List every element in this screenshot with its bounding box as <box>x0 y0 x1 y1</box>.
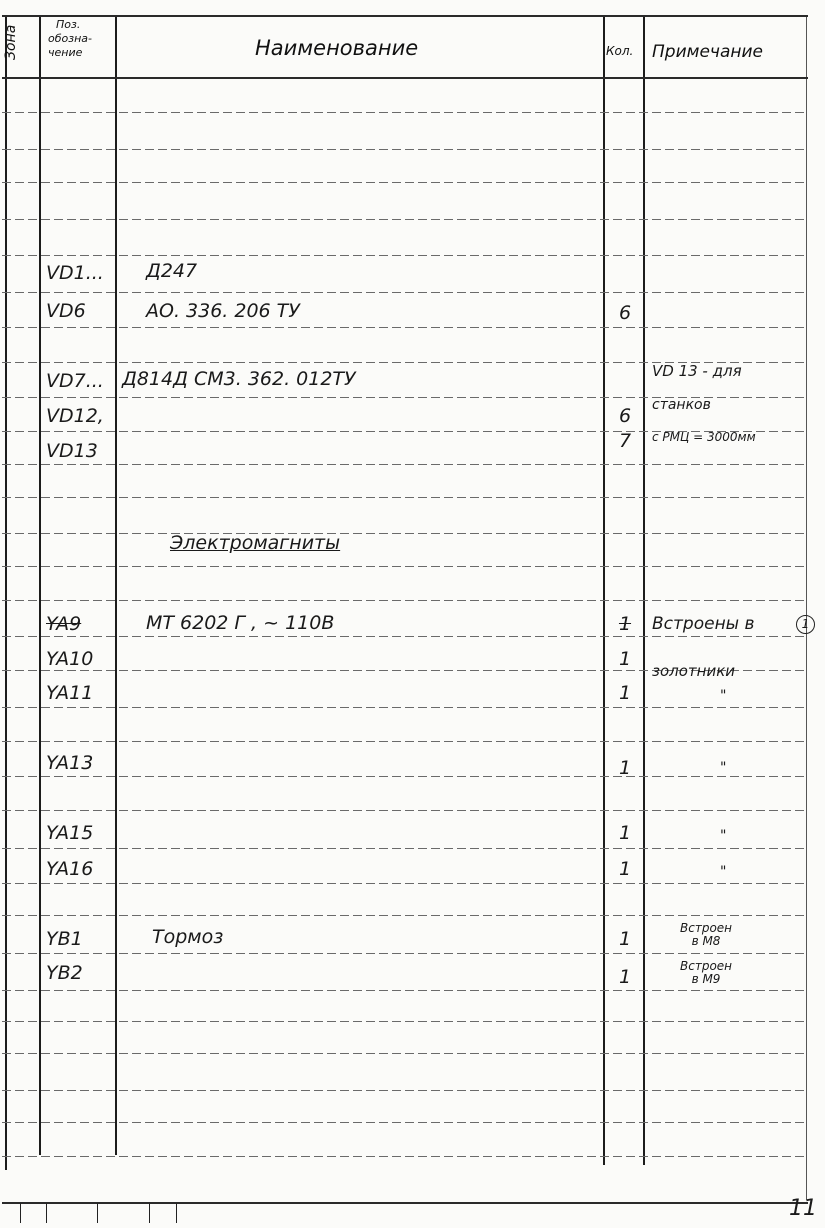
row-rule <box>2 1053 808 1054</box>
row-rule <box>2 566 808 567</box>
row-pos: YA11 <box>46 682 93 704</box>
row-pos: YA13 <box>46 752 93 774</box>
row-pos: VD12, <box>46 405 104 427</box>
row-rule <box>2 1122 808 1123</box>
row-qty: 7 <box>610 430 640 452</box>
frame-tick <box>20 1203 21 1223</box>
header-position-line-1: Поз. <box>56 18 92 32</box>
header-position-line-2: обозна- <box>48 32 92 46</box>
border-left <box>5 15 7 1170</box>
row-rule <box>2 112 808 113</box>
row-pos: VD7... <box>46 370 104 392</box>
header-position-line-3: чение <box>48 46 92 60</box>
row-note: " <box>720 688 726 704</box>
row-rule <box>2 915 808 916</box>
row-rule <box>2 810 808 811</box>
row-rule <box>2 1156 808 1157</box>
row-rule <box>2 327 808 328</box>
header-note: Примечание <box>652 42 763 62</box>
divider-pos-name <box>115 15 117 1155</box>
row-note-line-2: в М8 <box>680 935 732 948</box>
frame-tick <box>97 1203 98 1223</box>
header-bottom-line <box>2 77 808 79</box>
row-note: " <box>720 760 726 776</box>
row-rule <box>2 776 808 777</box>
row-name: АО. 336. 206 ТУ <box>146 300 300 322</box>
row-rule <box>2 600 808 601</box>
row-qty: 1 <box>610 648 640 670</box>
header-zone: Зона <box>3 0 19 60</box>
row-name: Д247 <box>146 260 197 282</box>
row-rule <box>2 1021 808 1022</box>
specification-sheet: Зона Поз. обозна- чение Наименование Кол… <box>0 0 825 1228</box>
row-name: Д814Д СМ3. 362. 012ТУ <box>122 368 356 390</box>
row-qty-struck: 1 <box>610 613 640 635</box>
row-note: Встроен в М8 <box>680 922 732 948</box>
row-qty: 1 <box>610 822 640 844</box>
section-heading: Электромагниты <box>170 532 340 554</box>
row-qty: 1 <box>610 928 640 950</box>
row-qty: 1 <box>610 682 640 704</box>
row-rule <box>2 182 808 183</box>
row-pos: YA15 <box>46 822 93 844</box>
row-note: с РМЦ = 3000мм <box>652 430 756 444</box>
row-rule <box>2 464 808 465</box>
row-note: " <box>720 828 726 844</box>
row-rule <box>2 219 808 220</box>
row-note: золотники <box>652 662 735 680</box>
row-rule <box>2 149 808 150</box>
divider-name-qty <box>603 15 605 1165</box>
row-qty: 1 <box>610 858 640 880</box>
row-pos: YA10 <box>46 648 93 670</box>
header-qty: Кол. <box>606 44 633 58</box>
row-rule <box>2 707 808 708</box>
header-name: Наименование <box>255 36 418 60</box>
row-pos-struck: YA9 <box>46 613 81 635</box>
frame-tick <box>46 1203 47 1223</box>
row-rule <box>2 1090 808 1091</box>
revision-mark: 1 <box>796 615 815 634</box>
row-pos: YA16 <box>46 858 93 880</box>
row-rule <box>2 292 808 293</box>
bottom-frame-line <box>2 1202 808 1204</box>
page-number: 11 <box>789 1196 817 1221</box>
row-note: " <box>720 864 726 880</box>
row-note: станков <box>652 397 711 413</box>
row-pos: VD13 <box>46 440 98 462</box>
row-rule <box>2 741 808 742</box>
row-pos: YB2 <box>46 962 83 984</box>
header-top-line <box>2 15 808 17</box>
row-note: Встроен в М9 <box>680 960 732 986</box>
divider-qty-note <box>643 15 645 1165</box>
row-rule <box>2 883 808 884</box>
row-rule <box>2 636 808 637</box>
border-right <box>806 15 807 1200</box>
row-pos: VD6 <box>46 300 86 322</box>
row-note: VD 13 - для <box>652 362 742 380</box>
frame-tick <box>176 1203 177 1223</box>
frame-tick <box>149 1203 150 1223</box>
header-position: Поз. обозна- чение <box>56 18 92 60</box>
row-qty: 6 <box>610 405 640 427</box>
row-pos: YB1 <box>46 928 83 950</box>
row-note: Встроены в <box>652 614 755 634</box>
row-note-line-2: в М9 <box>680 973 732 986</box>
row-rule <box>2 533 808 534</box>
row-name: МТ 6202 Г , ~ 110В <box>146 612 334 634</box>
row-rule <box>2 990 808 991</box>
row-name: Тормоз <box>152 926 223 948</box>
row-rule <box>2 255 808 256</box>
row-rule <box>2 497 808 498</box>
row-rule <box>2 953 808 954</box>
row-qty: 1 <box>610 966 640 988</box>
row-qty: 1 <box>610 757 640 779</box>
row-rule <box>2 848 808 849</box>
row-qty: 6 <box>610 302 640 324</box>
divider-zone-pos <box>39 15 41 1155</box>
row-pos: VD1... <box>46 262 104 284</box>
